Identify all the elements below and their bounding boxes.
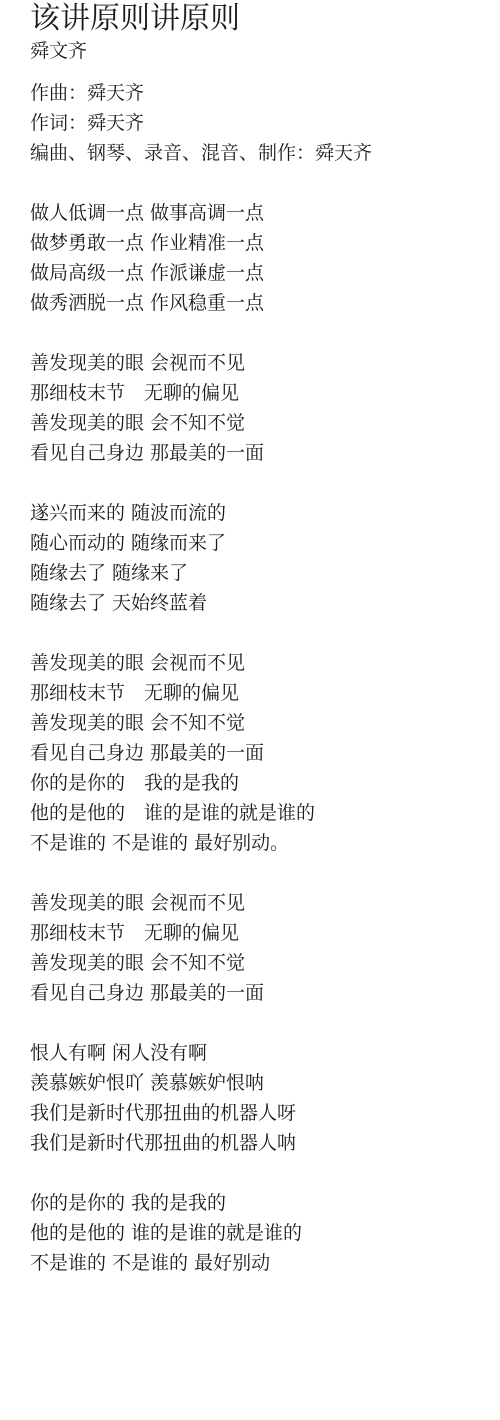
lyric-line: 善发现美的眼 会不知不觉 [30,948,490,978]
lyric-line: 善发现美的眼 会不知不觉 [30,708,490,738]
lyric-line: 那细枝末节 无聊的偏见 [30,918,490,948]
song-title: 该讲原则讲原则 [30,1,490,37]
lyrics-page: 该讲原则讲原则 舜文齐 作曲：舜天齐 作词：舜天齐 编曲、钢琴、录音、混音、制作… [30,0,490,1278]
lyric-line: 不是谁的 不是谁的 最好别动 [30,1248,490,1278]
stanza-3: 遂兴而来的 随波而流的 随心而动的 随缘而来了 随缘去了 随缘来了 随缘去了 天… [30,498,490,618]
stanza-divider [30,618,490,648]
stanza-divider [30,318,490,348]
stanza-divider [30,858,490,888]
lyric-line: 善发现美的眼 会视而不见 [30,648,490,678]
lyric-line: 他的是他的 谁的是谁的就是谁的 [30,798,490,828]
lyric-line: 我们是新时代那扭曲的机器人呐 [30,1128,490,1158]
credits-block: 作曲：舜天齐 作词：舜天齐 编曲、钢琴、录音、混音、制作：舜天齐 [30,78,490,168]
lyric-line: 善发现美的眼 会视而不见 [30,348,490,378]
lyric-line: 不是谁的 不是谁的 最好别动。 [30,828,490,858]
lyric-line: 他的是他的 谁的是谁的就是谁的 [30,1218,490,1248]
lyric-line: 那细枝末节 无聊的偏见 [30,378,490,408]
lyric-line: 那细枝末节 无聊的偏见 [30,678,490,708]
stanza-divider [30,1158,490,1188]
lyric-line: 做人低调一点 做事高调一点 [30,198,490,228]
stanza-divider [30,1008,490,1038]
lyric-line: 随缘去了 随缘来了 [30,558,490,588]
lyric-line: 看见自己身边 那最美的一面 [30,978,490,1008]
lyrics-body: 作曲：舜天齐 作词：舜天齐 编曲、钢琴、录音、混音、制作：舜天齐 做人低调一点 … [30,78,490,1278]
lyric-line: 做秀洒脱一点 作风稳重一点 [30,288,490,318]
lyric-line: 恨人有啊 闲人没有啊 [30,1038,490,1068]
lyric-line: 做梦勇敢一点 作业精准一点 [30,228,490,258]
lyric-line: 遂兴而来的 随波而流的 [30,498,490,528]
lyric-line: 随心而动的 随缘而来了 [30,528,490,558]
lyric-line: 看见自己身边 那最美的一面 [30,738,490,768]
lyric-line: 我们是新时代那扭曲的机器人呀 [30,1098,490,1128]
lyric-line: 看见自己身边 那最美的一面 [30,438,490,468]
lyric-line: 做局高级一点 作派谦虚一点 [30,258,490,288]
lyric-line: 羡慕嫉妒恨吖 羡慕嫉妒恨呐 [30,1068,490,1098]
lyric-line: 随缘去了 天始终蓝着 [30,588,490,618]
credit-composer: 作曲：舜天齐 [30,78,490,108]
stanza-6: 恨人有啊 闲人没有啊 羡慕嫉妒恨吖 羡慕嫉妒恨呐 我们是新时代那扭曲的机器人呀 … [30,1038,490,1158]
stanza-divider [30,168,490,198]
stanza-2: 善发现美的眼 会视而不见 那细枝末节 无聊的偏见 善发现美的眼 会不知不觉 看见… [30,348,490,468]
lyric-line: 你的是你的 我的是我的 [30,768,490,798]
credit-lyricist: 作词：舜天齐 [30,108,490,138]
stanza-7: 你的是你的 我的是我的 他的是他的 谁的是谁的就是谁的 不是谁的 不是谁的 最好… [30,1188,490,1278]
stanza-divider [30,468,490,498]
stanza-5: 善发现美的眼 会视而不见 那细枝末节 无聊的偏见 善发现美的眼 会不知不觉 看见… [30,888,490,1008]
stanza-1: 做人低调一点 做事高调一点 做梦勇敢一点 作业精准一点 做局高级一点 作派谦虚一… [30,198,490,318]
artist-name: 舜文齐 [30,37,490,65]
stanza-4: 善发现美的眼 会视而不见 那细枝末节 无聊的偏见 善发现美的眼 会不知不觉 看见… [30,648,490,858]
lyric-line: 善发现美的眼 会视而不见 [30,888,490,918]
lyric-line: 善发现美的眼 会不知不觉 [30,408,490,438]
lyric-line: 你的是你的 我的是我的 [30,1188,490,1218]
credit-production: 编曲、钢琴、录音、混音、制作：舜天齐 [30,138,490,168]
